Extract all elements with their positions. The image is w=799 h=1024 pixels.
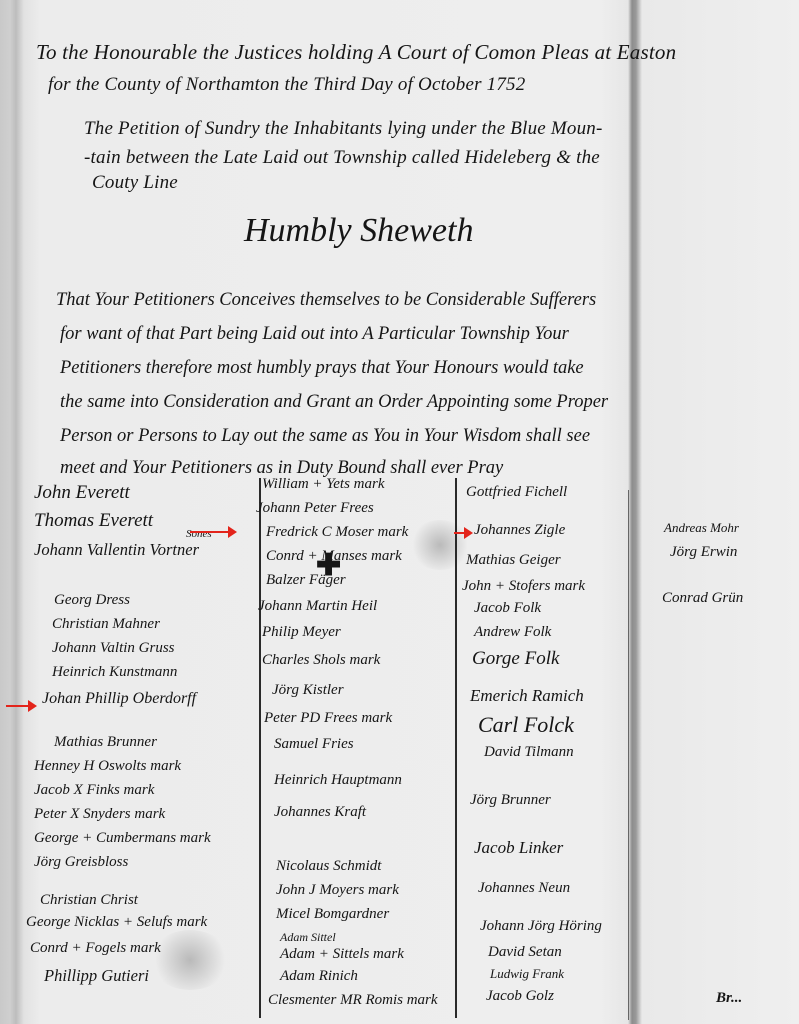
signature: Johann Peter Frees	[256, 500, 374, 517]
signature: Andrew Folk	[474, 624, 551, 641]
signature: Samuel Fries	[274, 736, 354, 753]
signature: Thomas Everett	[34, 510, 153, 532]
ink-stain	[410, 520, 470, 570]
body-line-5: Person or Persons to Lay out the same as…	[60, 426, 590, 447]
signature-annotation: Sones	[186, 528, 212, 540]
signature: Charles Shols mark	[262, 652, 380, 669]
signature: Peter X Snyders mark	[34, 806, 165, 823]
signature: Johan Phillip Oberdorff	[42, 690, 196, 708]
body-line-4: the same into Consideration and Grant an…	[60, 392, 608, 413]
signature: Johannes Zigle	[474, 522, 565, 539]
signature: John + Stofers mark	[462, 578, 585, 595]
body-line-1: That Your Petitioners Conceives themselv…	[56, 290, 596, 311]
signature: Emerich Ramich	[470, 686, 584, 706]
signature: John J Moyers mark	[276, 882, 399, 899]
signature: Philip Meyer	[262, 624, 341, 641]
petition-intro-2: -tain between the Late Laid out Township…	[84, 147, 600, 169]
signature: Jacob Folk	[474, 600, 541, 617]
signature: Georg Dress	[54, 592, 130, 609]
signature: Andreas Mohr	[664, 520, 739, 536]
signature: Heinrich Hauptmann	[274, 772, 402, 789]
arrow-johannes-icon	[454, 532, 466, 534]
signature: Christian Mahner	[52, 616, 160, 633]
signature: David Setan	[488, 944, 562, 961]
signature: Jörg Erwin	[670, 544, 737, 561]
body-line-3: Petitioners therefore most humbly prays …	[60, 358, 584, 379]
signature: Jacob Golz	[486, 988, 554, 1005]
petition-document: To the Honourable the Justices holding A…	[0, 0, 799, 1024]
signature: Henney H Oswolts mark	[34, 758, 181, 775]
signature: Nicolaus Schmidt	[276, 858, 381, 875]
arrow-fredrick-icon	[190, 531, 230, 533]
signature: Conrd + Fogels mark	[30, 940, 161, 957]
signature: Jörg Kistler	[272, 682, 344, 699]
column-divider-2	[455, 478, 457, 1018]
signature: Mathias Geiger	[466, 552, 561, 569]
signature: Christian Christ	[40, 892, 138, 909]
signature: Mathias Brunner	[54, 734, 157, 751]
signature: David Tilmann	[484, 744, 574, 761]
signature: Johann Vallentin Vortner	[34, 540, 199, 560]
signature: Jörg Greisbloss	[34, 854, 128, 871]
signature: Adam Sittel	[280, 930, 336, 945]
signature: Phillipp Gutieri	[44, 966, 149, 986]
signature: John Everett	[34, 482, 130, 504]
signature: Balzer Fäger	[266, 572, 346, 589]
signature: Johannes Neun	[478, 880, 570, 897]
signature: Jörg Brunner	[470, 792, 551, 809]
signature: Adam + Sittels mark	[280, 946, 404, 963]
signature: George Nicklas + Selufs mark	[26, 914, 207, 931]
column-divider-1	[259, 478, 261, 1018]
signature: Fredrick C Moser mark	[266, 524, 408, 541]
signature: Heinrich Kunstmann	[52, 664, 177, 681]
signature: William + Yets mark	[262, 476, 385, 493]
signature: Gottfried Fichell	[466, 484, 567, 501]
document-title: Humbly Sheweth	[244, 212, 473, 250]
margin-note: Br...	[716, 990, 742, 1007]
body-line-2: for want of that Part being Laid out int…	[60, 324, 569, 345]
signature: Johannes Kraft	[274, 804, 366, 821]
signature: Johann Valtin Gruss	[52, 640, 175, 657]
signature: Conrad Grün	[662, 590, 743, 607]
signature: Jacob Linker	[474, 838, 563, 858]
signature: Jacob X Finks mark	[34, 782, 154, 799]
signature: George + Cumbermans mark	[34, 830, 211, 847]
signature: Clesmenter MR Romis mark	[268, 992, 438, 1009]
petition-intro-1: The Petition of Sundry the Inhabitants l…	[84, 118, 603, 140]
signature: Johann Jörg Höring	[480, 918, 602, 935]
signature: Adam Rinich	[280, 968, 358, 985]
ink-stain	[150, 930, 230, 990]
column-divider-3	[628, 490, 629, 1020]
heading-line-2: for the County of Northamton the Third D…	[48, 74, 525, 96]
signature: Ludwig Frank	[490, 966, 564, 982]
petition-intro-3: Couty Line	[92, 172, 178, 194]
signature: Micel Bomgardner	[276, 906, 389, 923]
signature: Johann Martin Heil	[258, 598, 377, 615]
signature: Carl Folck	[478, 712, 574, 738]
signature: Gorge Folk	[472, 648, 559, 670]
heading-line-1: To the Honourable the Justices holding A…	[36, 40, 676, 65]
arrow-johan-phillip-icon	[6, 705, 30, 707]
signature: Peter PD Frees mark	[264, 710, 392, 727]
